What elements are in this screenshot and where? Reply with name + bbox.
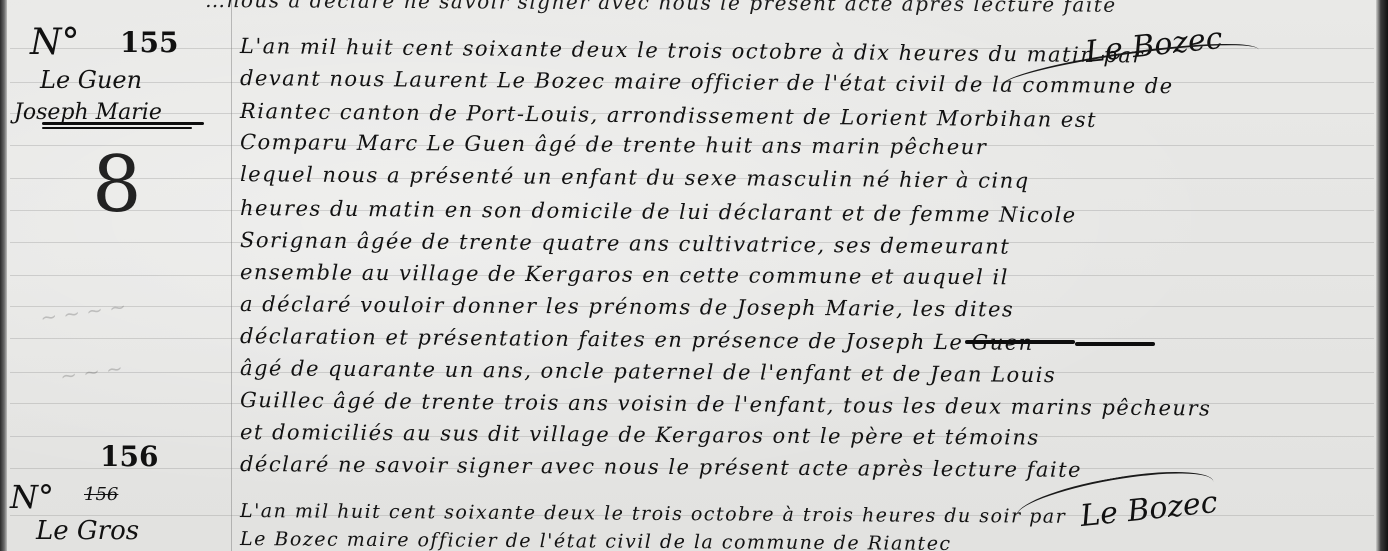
entry1-line: heures du matin en son domicile de lui d… [240, 196, 1077, 227]
entry1-line: ensemble au village de Kergaros en cette… [240, 260, 1009, 289]
entry1-line: Riantec canton de Port-Louis, arrondisse… [240, 99, 1097, 132]
page-binding-left [0, 0, 7, 551]
entry2-struck-number: 156 [84, 484, 118, 505]
entry1-line: a déclaré vouloir donner les prénoms de … [240, 292, 1014, 321]
entry2-surname: Le Gros [36, 516, 139, 546]
previous-entry-fragment: …nous a declaré ne savoir signer avec no… [205, 0, 1117, 17]
bleed-through-text: ~ ~ ~ [59, 356, 125, 389]
entry1-line: et domiciliés au sus dit village de Kerg… [240, 420, 1040, 450]
entry1-number: 155 [120, 26, 178, 59]
entry1-line: lequel nous a présenté un enfant du sexe… [240, 162, 1030, 193]
entry1-line: L'an mil huit cent soixante deux le troi… [240, 34, 1144, 67]
entry1-line: Comparu Marc Le Guen âgé de trente huit … [240, 130, 987, 159]
page-binding-right [1376, 0, 1388, 551]
entry1-line: Guillec âgé de trente trois ans voisin d… [240, 388, 1212, 420]
margin-name-underline [42, 127, 192, 129]
child-name-underline [965, 340, 1075, 344]
entry1-surname: Le Guen [40, 66, 142, 94]
child-name-underline [1075, 342, 1155, 346]
entry1-mark-symbol: 8 [92, 140, 142, 230]
entry2-line: Le Bozec maire officier de l'état civil … [240, 528, 952, 551]
entry1-line: déclaré ne savoir signer avec nous le pr… [240, 452, 1082, 482]
bleed-through-text: ~ ~ ~ ~ [39, 294, 128, 330]
entry2-line: L'an mil huit cent soixante deux le troi… [240, 500, 1066, 528]
entry2-number-label: N° [10, 478, 54, 516]
entry1-line: Sorignan âgée de trente quatre ans culti… [240, 228, 1010, 259]
entry2-number: 156 [100, 440, 158, 473]
margin-name-underline [42, 122, 204, 125]
entry1-number-label: N° [30, 22, 80, 63]
entry1-line: déclaration et présentation faites en pr… [240, 324, 1034, 355]
entry1-line: âgé de quarante un ans, oncle paternel d… [240, 356, 1056, 387]
register-page: ~ ~ ~ ~ ~ ~ ~ …nous a declaré ne savoir … [0, 0, 1388, 551]
